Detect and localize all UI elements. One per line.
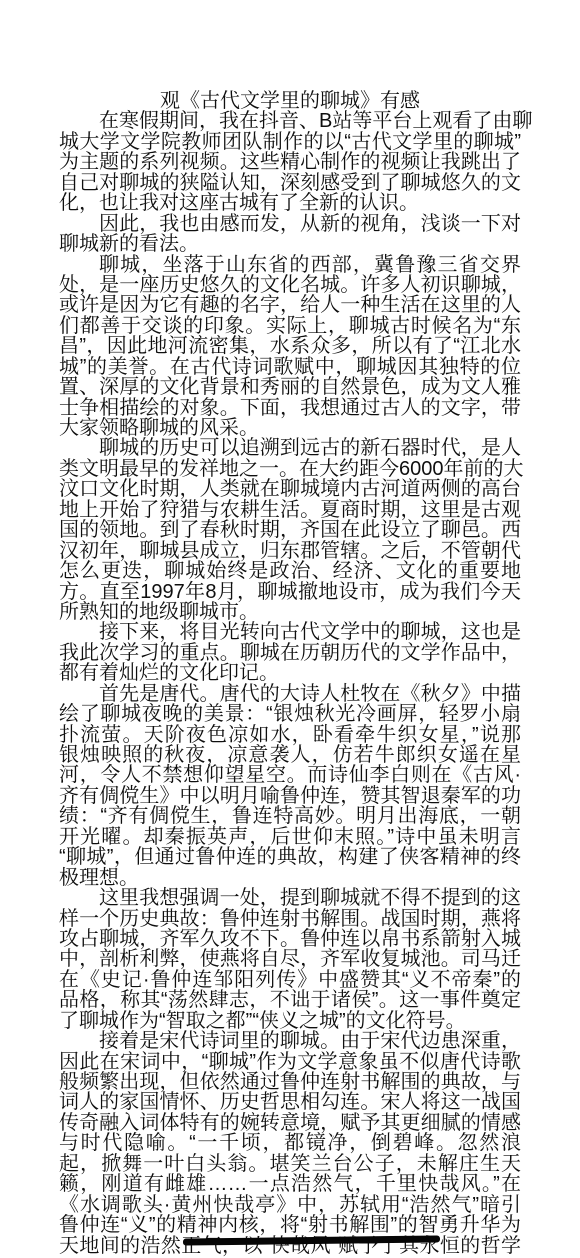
text-line: 城大学文学院教师团队制作的以“古代文学里的聊城” (59, 132, 521, 152)
text-line: 开光曜。却秦振英声，后世仰末照。”诗中虽未明言 (59, 827, 521, 847)
paragraph: 这里我想强调一处，提到聊城就不得不提到的这样一个历史典故：鲁仲连射书解围。战国时… (59, 888, 521, 1031)
essay-document: 观《古代文学里的聊城》有感 在寒假期间，我在抖音、B站等平台上观看了由聊城大学文… (59, 91, 521, 1256)
text-line: 接着是宋代诗词里的聊城。由于宋代边患深重， (59, 1031, 521, 1051)
text-line: 国的领地。到了春秋时期，齐国在此设立了聊邑。西 (59, 520, 521, 540)
text-line: 齐有倜傥生》中以明月喻鲁仲连，赞其智退秦军的功 (59, 786, 521, 806)
text-line: 起，掀舞一叶白头翁。堪笑兰台公子，未解庄生天 (59, 1154, 521, 1174)
paragraph: 首先是唐代。唐代的大诗人杜牧在《秋夕》中描绘了聊城夜晚的美景：“银烛秋光冷画屏，… (59, 684, 521, 888)
text-line: 方。直至1997年8月，聊城撤地设市，成为我们今天 (59, 582, 521, 602)
paragraph: 聊城的历史可以追溯到远古的新石器时代，是人类文明最早的发祥地之一。在大约距今60… (59, 438, 521, 622)
text-line: 河，令人不禁想仰望星空。而诗仙李白则在《古风· (59, 765, 521, 785)
text-line: 聊城的历史可以追溯到远古的新石器时代，是人 (59, 438, 521, 458)
text-line: 首先是唐代。唐代的大诗人杜牧在《秋夕》中描 (59, 684, 521, 704)
text-line: 或许是因为它有趣的名字，给人一种生活在这里的人 (59, 295, 521, 315)
text-line: 扑流萤。天阶夜色凉如水，卧看牵牛织女星，”说那 (59, 725, 521, 745)
text-line: 置、深厚的文化背景和秀丽的自然景色，成为文人雅 (59, 377, 521, 397)
text-line: 极理想。 (59, 868, 521, 888)
text-line: 样一个历史典故：鲁仲连射书解围。战国时期，燕将 (59, 909, 521, 929)
text-line: 《水调歌头·黄州快哉亭》中，苏轼用“浩然气”暗引 (59, 1195, 521, 1215)
text-line: 化，也让我对这座古城有了全新的认识。 (59, 193, 521, 213)
text-line: 城”的美誉。在古代诗词歌赋中，聊城因其独特的位 (59, 357, 521, 377)
text-line: 品格，称其“荡然肆志，不诎于诸侯”。这一事件奠定 (59, 990, 521, 1010)
text-line: 接下来，将目光转向古代文学中的聊城，这也是 (59, 622, 521, 642)
text-line: 在寒假期间，我在抖音、B站等平台上观看了由聊 (59, 111, 521, 131)
text-line: 聊城新的看法。 (59, 234, 521, 254)
text-line: 为主题的系列视频。这些精心制作的视频让我跳出了 (59, 152, 521, 172)
text-line: 士争相描绘的对象。下面，我想通过古人的文字，带 (59, 398, 521, 418)
text-line: “聊城”，但通过鲁仲连的典故，构建了侠客精神的终 (59, 847, 521, 867)
text-line: 汉初年，聊城县成立，归东郡管辖。之后，不管朝代 (59, 541, 521, 561)
text-line: 绘了聊城夜晚的美景：“银烛秋光冷画屏，轻罗小扇 (59, 704, 521, 724)
text-line: 怎么更迭，聊城始终是政治、经济、文化的重要地 (59, 561, 521, 581)
paragraph: 接下来，将目光转向古代文学中的聊城，这也是我此次学习的重点。聊城在历朝历代的文学… (59, 622, 521, 683)
text-line: 鲁仲连“义”的精神内核，将“射书解围”的智勇升华为 (59, 1215, 521, 1235)
text-line: 籁，刚道有雌雄……一点浩然气，千里快哉风。”在 (59, 1174, 521, 1194)
text-line: 词人的家国情怀、历史哲思相勾连。宋人将这一战国 (59, 1092, 521, 1112)
text-line: 自己对聊城的狭隘认知，深刻感受到了聊城悠久的文 (59, 173, 521, 193)
text-line: 地上开始了狩猎与农耕生活。夏商时期，这里是古观 (59, 500, 521, 520)
paragraph: 因此，我也由感而发，从新的视角，浅谈一下对聊城新的看法。 (59, 214, 521, 255)
text-line: 绩：“齐有倜傥生，鲁连特高妙。明月出海底，一朝 (59, 806, 521, 826)
document-body: 在寒假期间，我在抖音、B站等平台上观看了由聊城大学文学院教师团队制作的以“古代文… (59, 111, 521, 1256)
text-line: 聊城，坐落于山东省的西部，冀鲁豫三省交界 (59, 255, 521, 275)
paragraph: 接着是宋代诗词里的聊城。由于宋代边患深重，因此在宋词中，“聊城”作为文学意象虽不… (59, 1031, 521, 1256)
document-page: 观《古代文学里的聊城》有感 在寒假期间，我在抖音、B站等平台上观看了由聊城大学文… (0, 0, 580, 1258)
text-line: 因此，我也由感而发，从新的视角，浅谈一下对 (59, 214, 521, 234)
text-line: 般频繁出现，但依然通过鲁仲连射书解围的典故，与 (59, 1072, 521, 1092)
text-line: 大家领略聊城的风采。 (59, 418, 521, 438)
text-line: 们都善于交谈的印象。实际上，聊城古时候名为“东 (59, 316, 521, 336)
text-line: 昌”，因此地河流密集，水系众多，所以有了“江北水 (59, 336, 521, 356)
text-line: 攻占聊城，齐军久攻不下。鲁仲连以帛书系箭射入城 (59, 929, 521, 949)
text-line: 因此在宋词中，“聊城”作为文学意象虽不似唐代诗歌 (59, 1052, 521, 1072)
text-line: 汶口文化时期，人类就在聊城境内古河道两侧的高台 (59, 479, 521, 499)
text-line: 在《史记·鲁仲连邹阳列传》中盛赞其“义不帝秦”的 (59, 970, 521, 990)
text-line: 我此次学习的重点。聊城在历朝历代的文学作品中， (59, 643, 521, 663)
text-line: 了聊城作为“智取之都”“侠义之城”的文化符号。 (59, 1011, 521, 1031)
text-line: 与时代隐喻。“一千顷，都镜净，倒碧峰。忽然浪 (59, 1133, 521, 1153)
text-line: 这里我想强调一处，提到聊城就不得不提到的这 (59, 888, 521, 908)
paragraph: 聊城，坐落于山东省的西部，冀鲁豫三省交界处，是一座历史悠久的文化名城。许多人初识… (59, 255, 521, 439)
text-line: 类文明最早的发祥地之一。在大约距今6000年前的大 (59, 459, 521, 479)
text-line: 中，剖析利弊，使燕将自尽，齐军收复城池。司马迁 (59, 949, 521, 969)
essay-title: 观《古代文学里的聊城》有感 (59, 91, 521, 111)
text-line: 银烛映照的秋夜，凉意袭人，仿若牛郎织女遥在星 (59, 745, 521, 765)
text-line: 处，是一座历史悠久的文化名城。许多人初识聊城， (59, 275, 521, 295)
text-line: 传奇融入词体特有的婉转意境，赋予其更细腻的情感 (59, 1113, 521, 1133)
text-line: 所熟知的地级聊城市。 (59, 602, 521, 622)
paragraph: 在寒假期间，我在抖音、B站等平台上观看了由聊城大学文学院教师团队制作的以“古代文… (59, 111, 521, 213)
text-line: 都有着灿烂的文化印记。 (59, 663, 521, 683)
